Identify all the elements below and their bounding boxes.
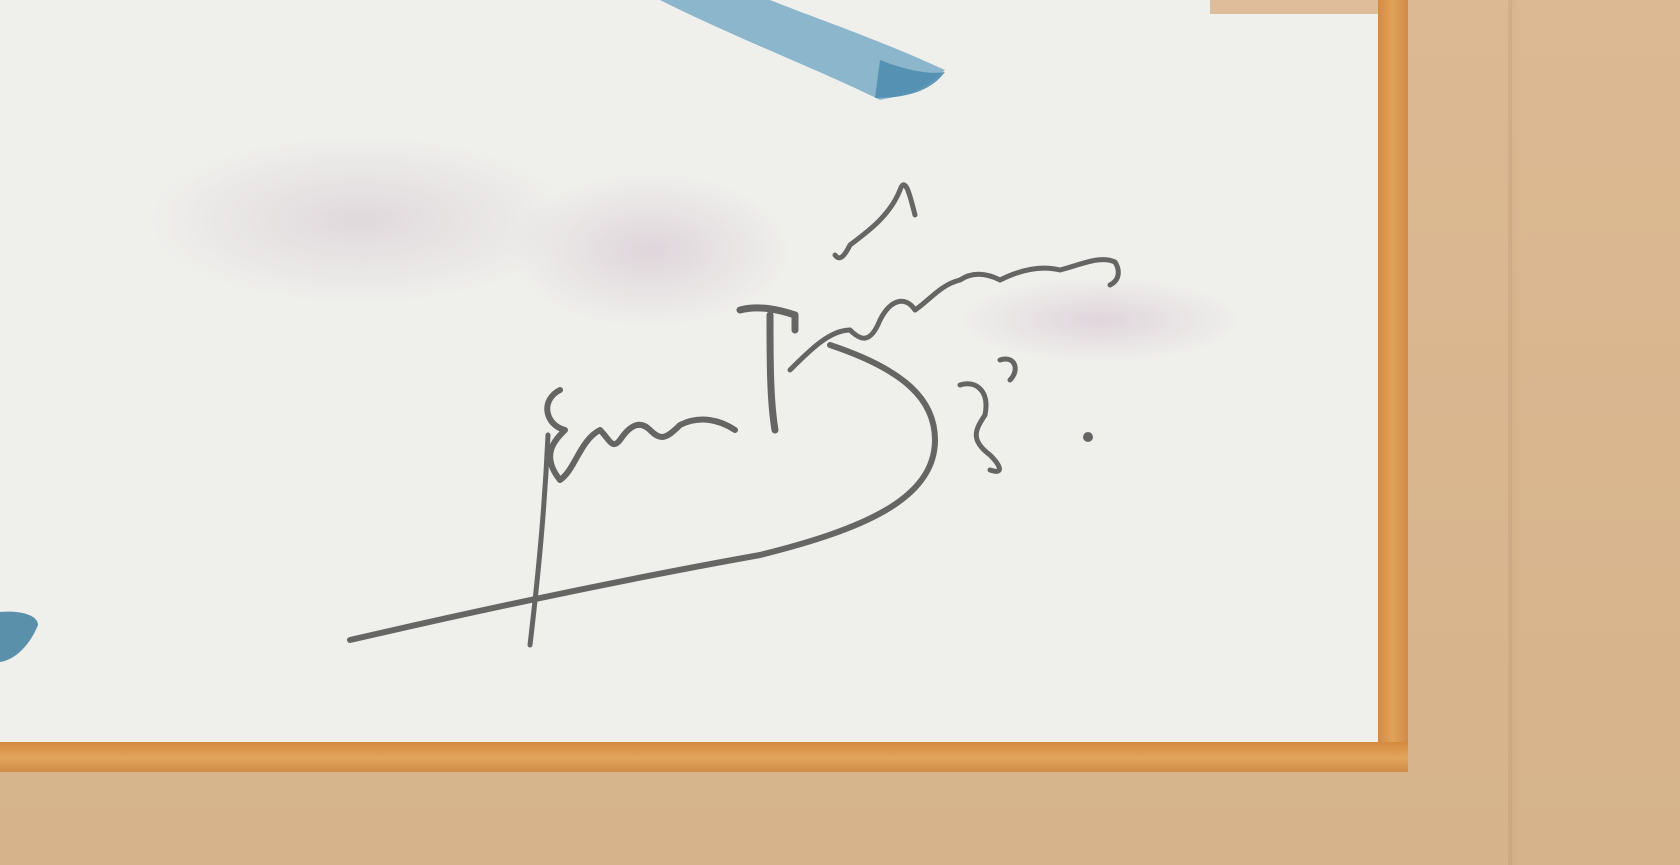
blue-brush-blob [0,612,38,662]
artwork-strokes [0,0,1680,865]
pencil-signature [350,185,1118,645]
